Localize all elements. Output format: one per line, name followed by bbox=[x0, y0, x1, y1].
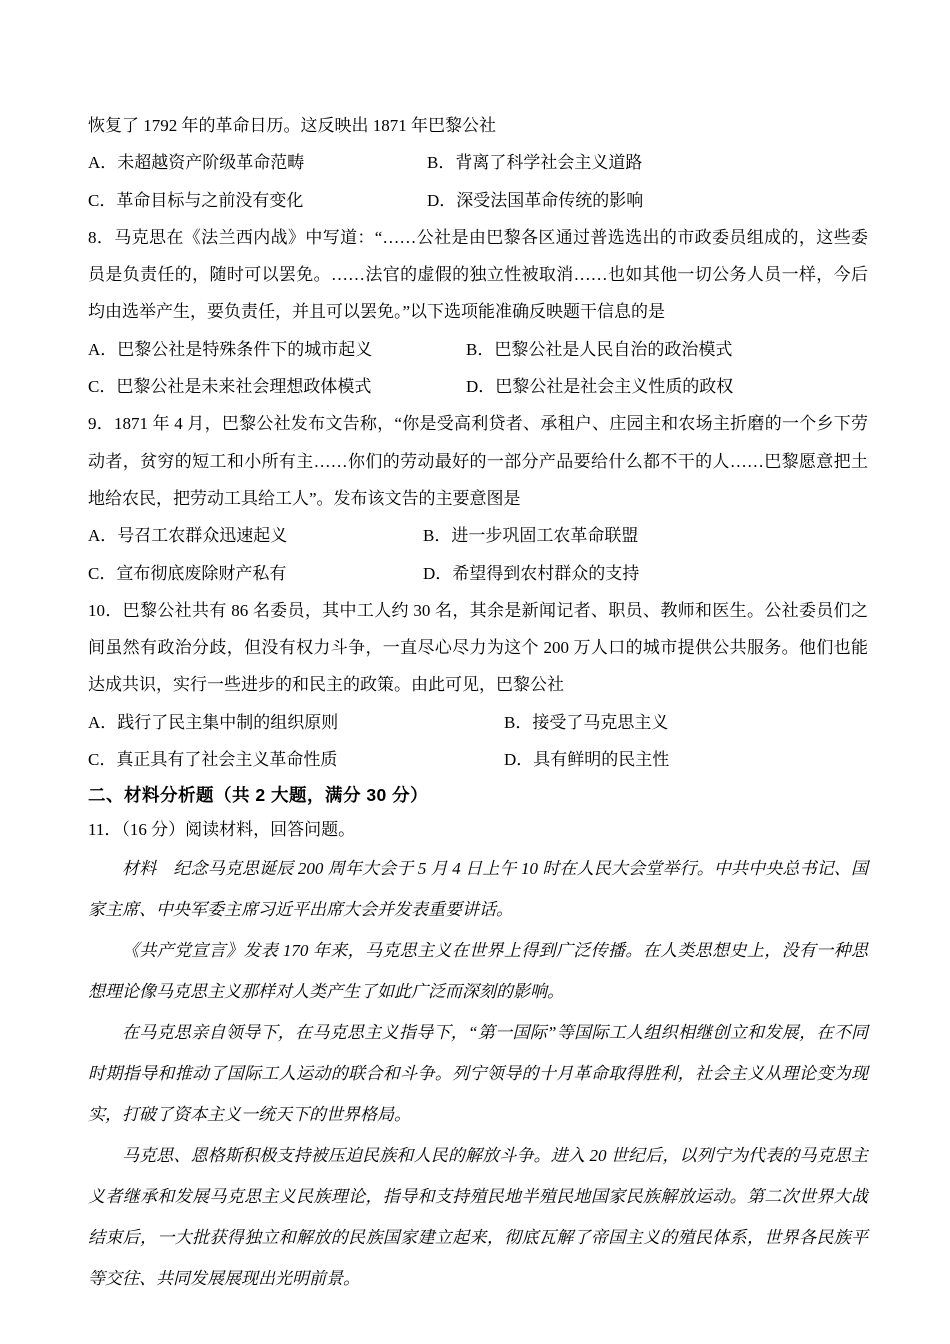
question-10: 10．巴黎公社共有 86 名委员，其中工人约 30 名，其余是新闻记者、职员、教… bbox=[88, 592, 868, 778]
material-paragraph-3: 在马克思亲自领导下，在马克思主义指导下，“第一国际”等国际工人组织相继创立和发展… bbox=[88, 1012, 868, 1135]
question-8-options-row-2: C．巴黎公社是未来社会理想政体模式 D．巴黎公社是社会主义性质的政权 bbox=[88, 368, 868, 405]
material-paragraph-1: 材料 纪念马克思诞辰 200 周年大会于 5 月 4 日上午 10 时在人民大会… bbox=[88, 848, 868, 930]
question-7: 恢复了 1792 年的革命日历。这反映出 1871 年巴黎公社 A．未超越资产阶… bbox=[88, 107, 868, 219]
question-9-option-b: B．进一步巩固工农革命联盟 bbox=[423, 517, 868, 554]
question-7-option-d: D．深受法国革命传统的影响 bbox=[427, 182, 868, 219]
question-8-option-a: A．巴黎公社是特殊条件下的城市起义 bbox=[88, 331, 466, 368]
section-2-title: 二、材料分析题（共 2 大题，满分 30 分） bbox=[88, 778, 868, 812]
question-7-options-row-2: C．革命目标与之前没有变化 D．深受法国革命传统的影响 bbox=[88, 182, 868, 219]
exam-document-page: 恢复了 1792 年的革命日历。这反映出 1871 年巴黎公社 A．未超越资产阶… bbox=[0, 0, 950, 1344]
question-10-option-b: B．接受了马克思主义 bbox=[504, 704, 868, 741]
question-10-option-a: A．践行了民主集中制的组织原则 bbox=[88, 704, 504, 741]
material-paragraph-2: 《共产党宣言》发表 170 年来，马克思主义在世界上得到广泛传播。在人类思想史上… bbox=[88, 930, 868, 1012]
question-8-option-b: B．巴黎公社是人民自治的政治模式 bbox=[466, 331, 868, 368]
question-9-option-d: D．希望得到农村群众的支持 bbox=[423, 555, 868, 592]
question-9-option-a: A．号召工农群众迅速起义 bbox=[88, 517, 423, 554]
question-10-stem: 10．巴黎公社共有 86 名委员，其中工人约 30 名，其余是新闻记者、职员、教… bbox=[88, 592, 868, 704]
question-7-stem: 恢复了 1792 年的革命日历。这反映出 1871 年巴黎公社 bbox=[88, 107, 868, 144]
question-10-options-row-2: C．真正具有了社会主义革命性质 D．具有鲜明的民主性 bbox=[88, 741, 868, 778]
question-7-option-a: A．未超越资产阶级革命范畴 bbox=[88, 144, 427, 181]
question-9-stem: 9．1871 年 4 月，巴黎公社发布文告称，“你是受高利贷者、承租户、庄园主和… bbox=[88, 405, 868, 517]
question-8: 8．马克思在《法兰西内战》中写道：“……公社是由巴黎各区通过普选选出的市政委员组… bbox=[88, 219, 868, 405]
question-9-option-c: C．宣布彻底废除财产私有 bbox=[88, 555, 423, 592]
question-7-option-b: B．背离了科学社会主义道路 bbox=[427, 144, 868, 181]
question-10-option-d: D．具有鲜明的民主性 bbox=[504, 741, 868, 778]
question-7-option-c: C．革命目标与之前没有变化 bbox=[88, 182, 427, 219]
material-paragraph-4: 马克思、恩格斯积极支持被压迫民族和人民的解放斗争。进入 20 世纪后，以列宁为代… bbox=[88, 1135, 868, 1299]
question-10-options-row-1: A．践行了民主集中制的组织原则 B．接受了马克思主义 bbox=[88, 704, 868, 741]
question-8-options-row-1: A．巴黎公社是特殊条件下的城市起义 B．巴黎公社是人民自治的政治模式 bbox=[88, 331, 868, 368]
question-8-stem: 8．马克思在《法兰西内战》中写道：“……公社是由巴黎各区通过普选选出的市政委员组… bbox=[88, 219, 868, 331]
question-11-intro: 11．（16 分）阅读材料，回答问题。 bbox=[88, 812, 868, 848]
question-8-option-d: D．巴黎公社是社会主义性质的政权 bbox=[466, 368, 868, 405]
question-9-options-row-2: C．宣布彻底废除财产私有 D．希望得到农村群众的支持 bbox=[88, 555, 868, 592]
question-10-option-c: C．真正具有了社会主义革命性质 bbox=[88, 741, 504, 778]
question-8-option-c: C．巴黎公社是未来社会理想政体模式 bbox=[88, 368, 466, 405]
question-9-options-row-1: A．号召工农群众迅速起义 B．进一步巩固工农革命联盟 bbox=[88, 517, 868, 554]
question-7-options-row-1: A．未超越资产阶级革命范畴 B．背离了科学社会主义道路 bbox=[88, 144, 868, 181]
question-9: 9．1871 年 4 月，巴黎公社发布文告称，“你是受高利贷者、承租户、庄园主和… bbox=[88, 405, 868, 591]
